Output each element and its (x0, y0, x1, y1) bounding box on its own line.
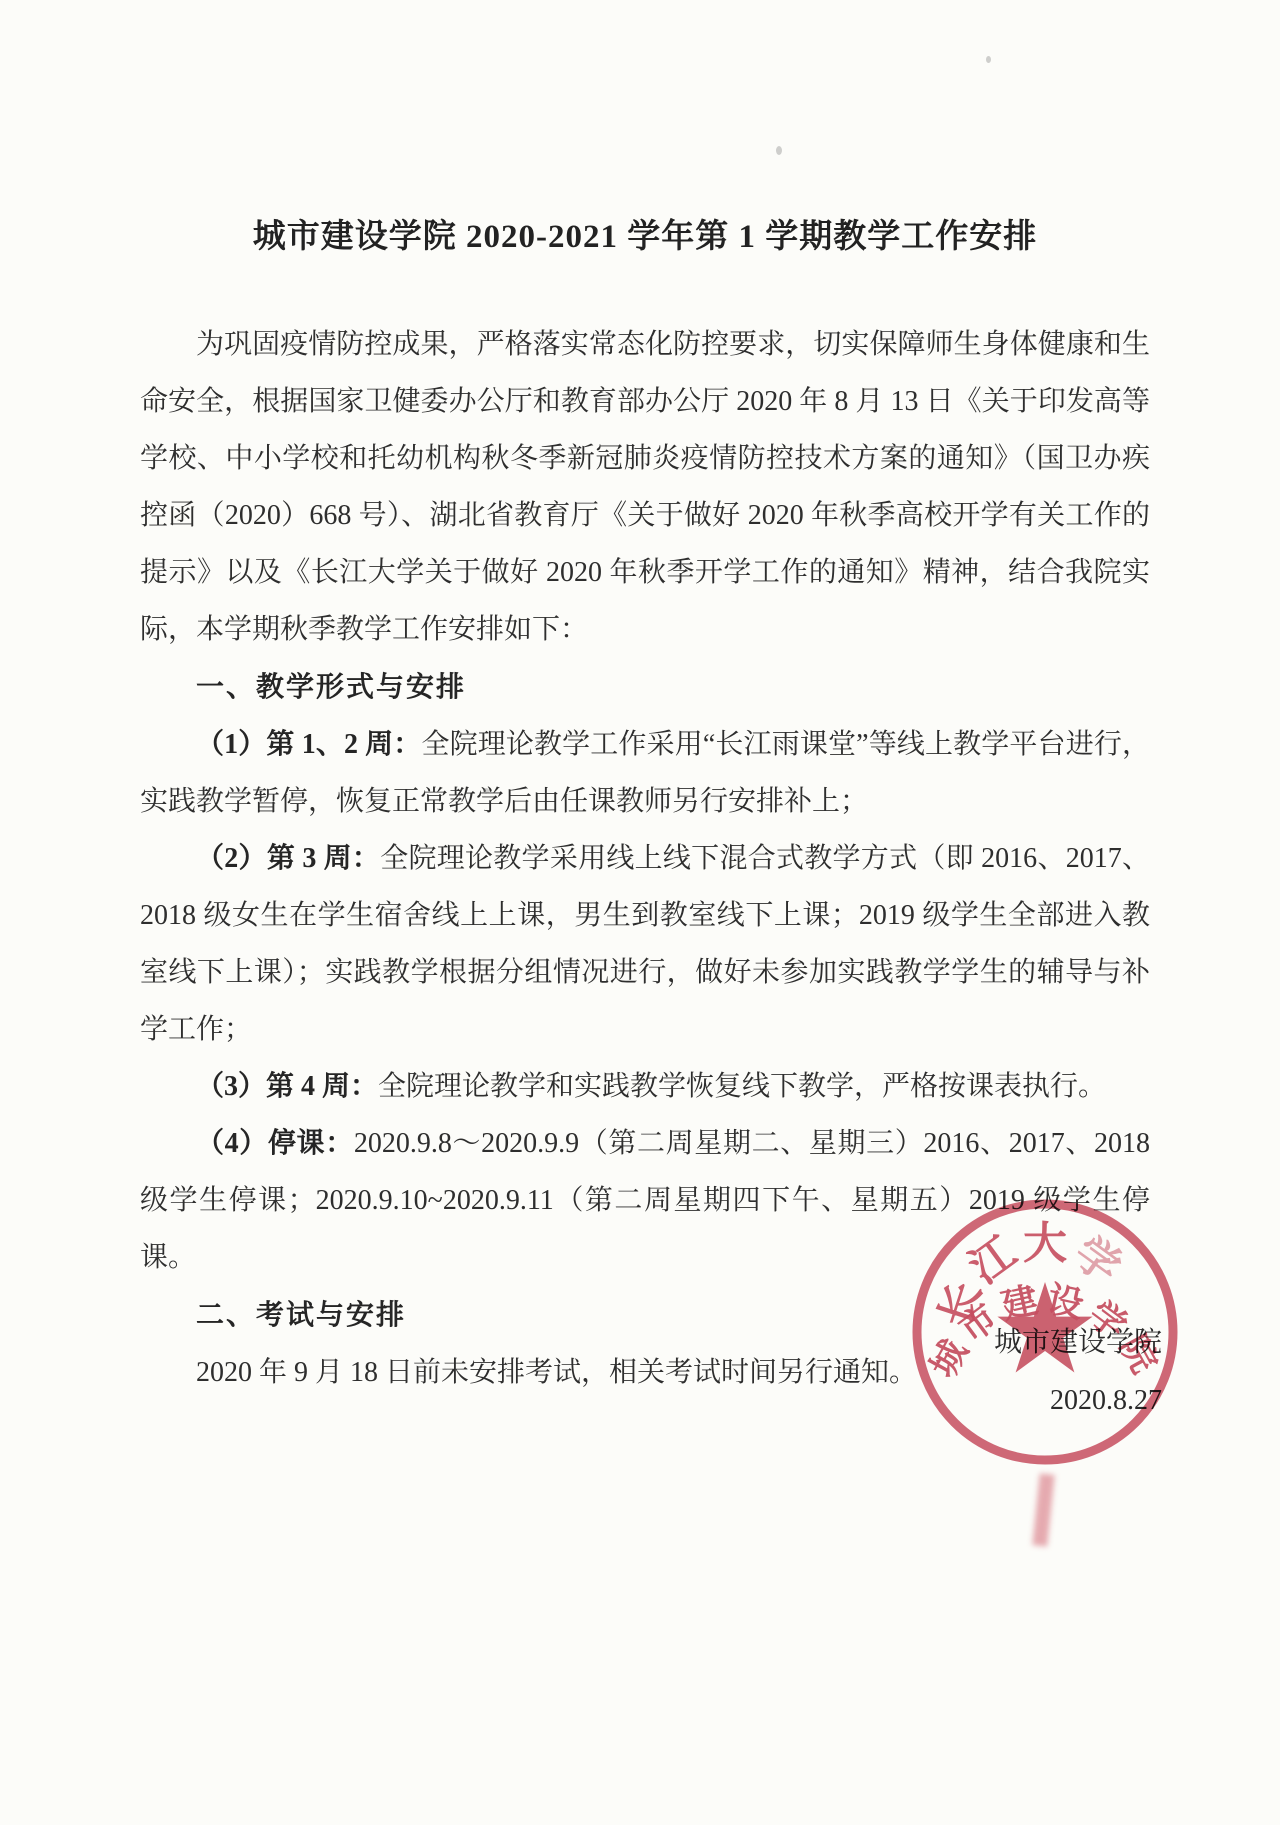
paragraph-intro: 为巩固疫情防控成果，严格落实常态化防控要求，切实保障师生身体健康和生命安全，根据… (140, 316, 1150, 658)
scan-speck (483, 788, 489, 794)
scan-speck (986, 56, 991, 63)
official-seal: 长 江 大 学 城市建设学院 (905, 1192, 1185, 1472)
document-title: 城市建设学院 2020-2021 学年第 1 学期教学工作安排 (140, 210, 1150, 257)
section-heading-1: 一、教学形式与安排 (140, 658, 1150, 716)
official-seal-graphic: 长 江 大 学 城市建设学院 (905, 1192, 1185, 1472)
paragraph-text: 全院理论教学和实践教学恢复线下教学，严格按课表执行。 (378, 1071, 1106, 1102)
seal-ring-char: 大 (1023, 1219, 1067, 1268)
red-ink-smudge (1032, 1473, 1054, 1546)
paragraph-item-2: （2）第 3 周：全院理论教学采用线上线下混合式教学方式（即 2016、2017… (140, 830, 1150, 1058)
paragraph-item-1: （1）第 1、2 周：全院理论教学工作采用“长江雨课堂”等线上教学平台进行，实践… (140, 716, 1150, 830)
paragraph-bold-prefix: （4）停课： (196, 1128, 354, 1159)
scan-speck (776, 146, 782, 155)
paragraph-bold-prefix: （1）第 1、2 周： (196, 729, 421, 760)
seal-ring-char: 学 (1065, 1228, 1129, 1294)
paragraph-bold-prefix: （3）第 4 周： (196, 1071, 378, 1102)
paragraph-text: 为巩固疫情防控成果，严格落实常态化防控要求，切实保障师生身体健康和生命安全，根据… (140, 329, 1150, 645)
section-heading-label: 一、教学形式与安排 (196, 671, 466, 702)
scanned-document-page: 城市建设学院 2020-2021 学年第 1 学期教学工作安排 为巩固疫情防控成… (0, 0, 1280, 1825)
paragraph-bold-prefix: （2）第 3 周： (196, 843, 380, 874)
paragraph-item-3: （3）第 4 周：全院理论教学和实践教学恢复线下教学，严格按课表执行。 (140, 1058, 1150, 1115)
section-heading-label: 二、考试与安排 (196, 1299, 406, 1330)
seal-ring-char: 江 (961, 1228, 1025, 1294)
